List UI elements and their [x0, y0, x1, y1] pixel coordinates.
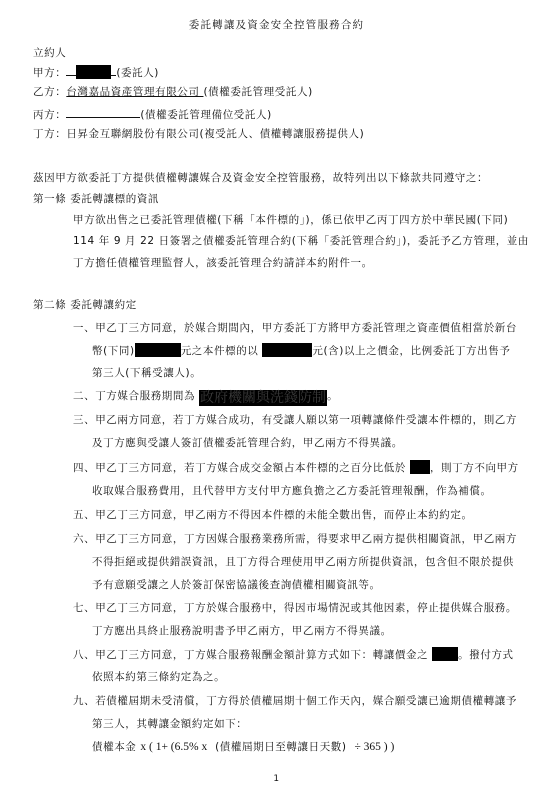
item-1-line-2: 幣(下同)元之本件標的以 元(含)以上之價金，比例委託丁方出售予 [92, 343, 510, 358]
party-b-line: 乙方：台灣嘉品資產管理有限公司 (債權委託管理受託人) [33, 85, 313, 99]
party-d-role: (複受託人、債權轉讓服務提供人) [200, 128, 365, 140]
party-a-line: 甲方：(委託人) [33, 64, 159, 80]
article-2-heading: 第二條 委託轉讓約定 [33, 298, 137, 312]
item-2-period: 。 [327, 390, 338, 402]
item-4-text-b: ，則丁方不向甲方 [430, 462, 519, 474]
fee-rate-redacted [432, 647, 458, 661]
article-1-line-2: 114 年 9 月 22 日簽署之債權委託管理合約(下稱「委託管理合約」)，委託… [73, 234, 529, 248]
item-9-line-1: 九、若債權屆期未受清償，丁方得於債權屆期十個工作天內，媒合願受讓已逾期債權轉讓予 [73, 694, 517, 708]
percentage-redacted [410, 460, 430, 474]
article-1-line-3: 丁方擔任債權管理監督人，該委託管理合約請詳本約附件一。 [73, 256, 373, 270]
formula-rate: x ( 1+ (6.5% x [140, 741, 207, 753]
party-c-line: 丙方：(債權委託管理備位受託人) [33, 106, 272, 122]
party-a-role: (委託人) [116, 67, 159, 79]
party-a-blank-left [66, 64, 76, 76]
item-3-line-2: 及丁方應與受讓人簽訂債權委託管理合約，甲乙兩方不得異議。 [92, 436, 403, 450]
item-1-line-3: 第三人(下稱受讓人)。 [92, 366, 201, 380]
item-1-text-a: 幣(下同) [92, 345, 135, 357]
item-8-line-2: 依照本約第三條約定為之。 [92, 670, 225, 684]
party-c-label: 丙方： [33, 109, 66, 121]
party-a-name-redacted [76, 65, 111, 79]
item-4-line-2: 收取媒合服務費用，且代替甲方支付甲方應負擔之乙方委託管理報酬，作為補償。 [92, 484, 492, 498]
party-b-name: 台灣嘉品資產管理有限公司 [66, 86, 199, 98]
item-7-line-1: 七、甲乙丁三方同意，丁方於媒合服務中，得因市場情況或其他因素，停止提供媒合服務。 [73, 601, 517, 615]
item-4-text-a: 四、甲乙丁三方同意，若丁方媒合成交金額占本件標的之百分比低於 [73, 462, 406, 474]
item-9-line-2: 第三人，其轉讓金額約定如下： [92, 717, 247, 731]
item-9-formula: 債權本金 x ( 1+ (6.5% x (債權屆期日至轉讓日天數) ÷ 365 … [92, 740, 394, 754]
item-1-text-c: 元(含)以上之價金，比例委託丁方出售予 [312, 345, 510, 357]
party-d-name: 日昇金互聯網股份有限公司 [66, 128, 199, 140]
formula-divisor: ÷ 365 ) ) [355, 741, 395, 753]
item-4-line-1: 四、甲乙丁三方同意，若丁方媒合成交金額占本件標的之百分比低於 ，則丁方不向甲方 [73, 460, 519, 475]
party-d-label: 丁方： [33, 128, 66, 140]
item-8-text-a: 八、甲乙丁三方同意，丁方媒合服務報酬金額計算方式如下：轉讓價金之 [73, 649, 428, 661]
item-3-line-1: 三、甲乙兩方同意，若丁方媒合成功，有受讓人願以第一項轉讓條件受讓本件標的，則乙方 [73, 413, 517, 427]
item-6-line-2: 不得拒絕或提供錯誤資訊，且丁方得合理使用甲乙兩方所提供資訊，包含但不限於提供 [92, 555, 514, 569]
item-6-line-3: 予有意願受讓之人於簽訂保密協議後查詢債權相關資訊等。 [92, 578, 381, 592]
article-1-line-1: 甲方欲出售之已委託管理債權(下稱「本件標的」)，係已依甲乙丙丁四方於中華民國(下… [73, 213, 508, 227]
price-redacted [262, 343, 312, 357]
article-1-heading: 第一條 委託轉讓標的資訊 [33, 192, 159, 206]
parties-heading: 立約人 [33, 46, 66, 60]
item-2-line: 二、丁方媒合服務期間為 政府機關與洗錢防制。 [73, 389, 338, 406]
party-a-label: 甲方： [33, 67, 66, 79]
item-7-line-2: 丁方應出具終止服務說明書予甲乙兩方，甲乙兩方不得異議。 [92, 624, 392, 638]
page-number: 1 [0, 772, 553, 786]
party-b-role: (債權委託管理受託人) [203, 86, 312, 98]
party-c-role: (債權委託管理備位受託人) [140, 109, 272, 121]
item-5-line: 五、甲乙丁三方同意，甲乙兩方不得因本件標的未能全數出售，而停止本約約定。 [73, 508, 473, 522]
party-d-line: 丁方：日昇金互聯網股份有限公司(複受託人、債權轉讓服務提供人) [33, 127, 364, 141]
item-8-text-b: 。撥付方式 [458, 649, 514, 661]
item-2-text: 二、丁方媒合服務期間為 [73, 390, 195, 402]
service-period-redacted-overlay: 政府機關與洗錢防制 [199, 390, 327, 406]
document-title: 委託轉讓及資金安全控管服務合約 [0, 18, 553, 32]
preamble: 茲因甲方欲委託丁方提供債權轉讓媒合及資金安全控管服務，故特列出以下條款共同遵守之… [33, 171, 488, 185]
asset-value-redacted [135, 343, 181, 357]
formula-days: (債權屆期日至轉讓日天數) [215, 741, 347, 753]
party-c-name-blank [66, 106, 140, 118]
item-1-text-b: 元之本件標的以 [181, 345, 259, 357]
party-b-label: 乙方： [33, 86, 66, 98]
formula-principal: 債權本金 [92, 741, 136, 753]
item-1-line-1: 一、甲乙丁三方同意，於媒合期間內，甲方委託丁方將甲方委託管理之資產價值相當於新台 [73, 321, 517, 335]
item-8-line-1: 八、甲乙丁三方同意，丁方媒合服務報酬金額計算方式如下：轉讓價金之 。撥付方式 [73, 647, 514, 662]
item-6-line-1: 六、甲乙丁三方同意，丁方因媒合服務業務所需，得要求甲乙兩方提供相關資訊，甲乙兩方 [73, 532, 517, 546]
